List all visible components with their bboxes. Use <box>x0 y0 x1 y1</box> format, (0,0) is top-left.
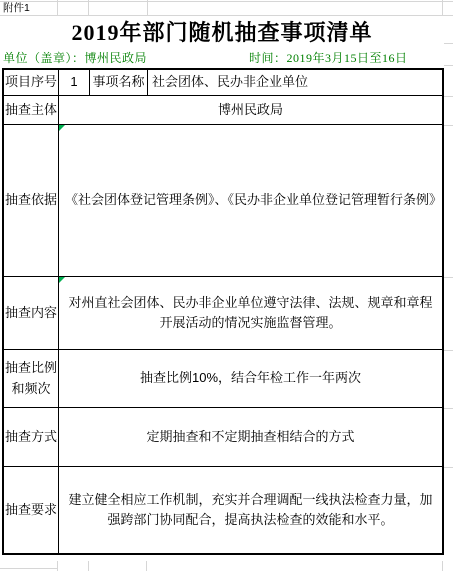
row-requirement-content[interactable]: 建立健全相应工作机制，充实并合理调配一线执法检查力量，加强跨部门协同配合，提高执… <box>59 467 442 553</box>
gridline <box>444 277 453 278</box>
row-basis-content[interactable]: 《社会团体登记管理条例》、《民办非企业单位登记管理暂行条例》 <box>59 125 442 277</box>
row-method-label[interactable]: 抽查方式 <box>4 408 59 467</box>
cell-item-name-label[interactable]: 事项名称 <box>90 70 148 96</box>
page-title: 2019年部门随机抽查事项清单 <box>0 14 444 48</box>
row-subject-content[interactable]: 博州民政局 <box>59 96 442 125</box>
row-basis-text: 《社会团体登记管理条例》、《民办非企业单位登记管理暂行条例》 <box>65 190 436 210</box>
gridline <box>444 96 453 97</box>
row-content-content[interactable]: 对州直社会团体、民办非企业单位遵守法律、法规、规章和章程开展活动的情况实施监督管… <box>59 277 442 350</box>
gridline <box>444 467 453 468</box>
gridline <box>444 408 453 409</box>
spreadsheet-view: 附件1 2019年部门随机抽查事项清单 单位（盖章）：博州民政局 时间：2019… <box>0 0 453 571</box>
corner-flag-icon <box>59 277 65 283</box>
gridline <box>444 43 453 44</box>
gridline <box>444 350 453 351</box>
gridline <box>88 0 89 15</box>
gridline <box>444 65 453 66</box>
gridline <box>0 1 453 2</box>
row-method-content[interactable]: 定期抽查和不定期抽查相结合的方式 <box>59 408 442 467</box>
row-ratio-label[interactable]: 抽查比例和频次 <box>4 350 59 408</box>
row-subject-label[interactable]: 抽查主体 <box>4 96 59 125</box>
gridline <box>0 568 57 569</box>
row-basis-label[interactable]: 抽查依据 <box>4 125 59 277</box>
cell-item-name-value[interactable]: 社会团体、民办非企业单位 <box>148 70 442 96</box>
row-content-text: 对州直社会团体、民办非企业单位遵守法律、法规、规章和章程开展活动的情况实施监督管… <box>65 293 436 333</box>
gridline <box>147 0 148 15</box>
inspection-items-table: 项目序号 1 事项名称 社会团体、民办非企业单位 抽查主体 博州民政局 抽查依据… <box>2 68 444 555</box>
row-ratio-content[interactable]: 抽查比例10%，结合年检工作一年两次 <box>59 350 442 408</box>
gridline <box>442 0 443 15</box>
gridline <box>444 125 453 126</box>
gridline <box>57 561 58 571</box>
corner-flag-icon <box>59 125 65 131</box>
row-requirement-label[interactable]: 抽查要求 <box>4 467 59 553</box>
time-field[interactable]: 时间：2019年3月15日至16日 <box>249 49 408 66</box>
gridline <box>146 561 147 571</box>
gridline <box>88 561 89 571</box>
gridline <box>442 561 443 571</box>
unit-field[interactable]: 单位（盖章）：博州民政局 <box>3 49 147 66</box>
cell-seq-label[interactable]: 项目序号 <box>4 70 59 96</box>
gridline <box>57 0 58 15</box>
cell-seq-value[interactable]: 1 <box>59 70 90 96</box>
row-content-label[interactable]: 抽查内容 <box>4 277 59 350</box>
